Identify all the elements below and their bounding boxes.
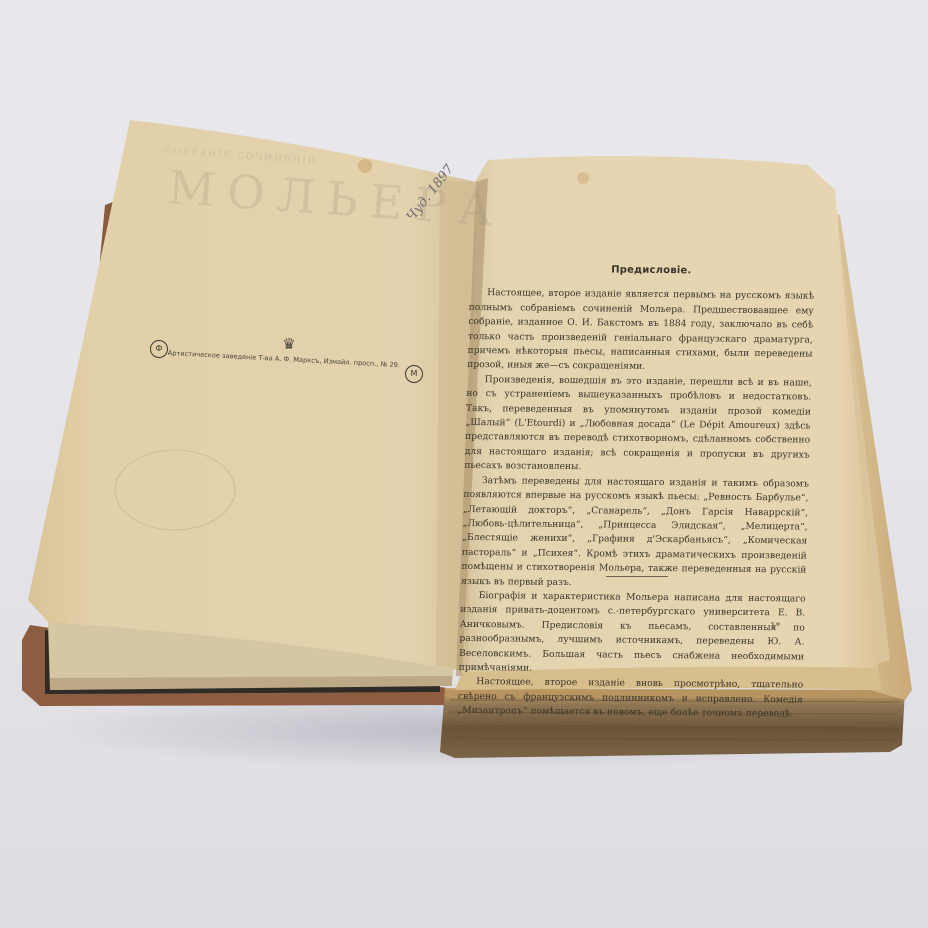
publisher-emblem-left-icon: Ф [150, 340, 168, 358]
preface-text-block: Предисловіе. Настоящее, второе изданіе я… [457, 262, 815, 722]
preface-paragraph-1: Настоящее, второе изданіе является первы… [467, 286, 814, 376]
preface-paragraph-5: Настоящее, второе изданіе вновь просмотр… [457, 675, 803, 722]
double-headed-eagle-icon: ♛ [279, 335, 299, 353]
preface-heading: Предисловіе. [488, 262, 815, 280]
preface-paragraph-4: Біографія и характеристика Мольера напис… [458, 589, 805, 679]
publisher-emblem-right-icon: М [405, 365, 423, 383]
preface-paragraph-3: Затѣмъ переведены для настоящаго изданія… [461, 474, 809, 593]
preface-paragraph-2: Произведенія, вошедшія въ это изданіе, п… [464, 373, 812, 477]
end-rule [606, 576, 668, 577]
page-signature: 1* [770, 622, 780, 632]
photo-scene: СОБРАНІЕ СОЧИНЕНІЙ МОЛЬЕРА Чуд. 1897 ♛ Ф… [0, 0, 928, 928]
